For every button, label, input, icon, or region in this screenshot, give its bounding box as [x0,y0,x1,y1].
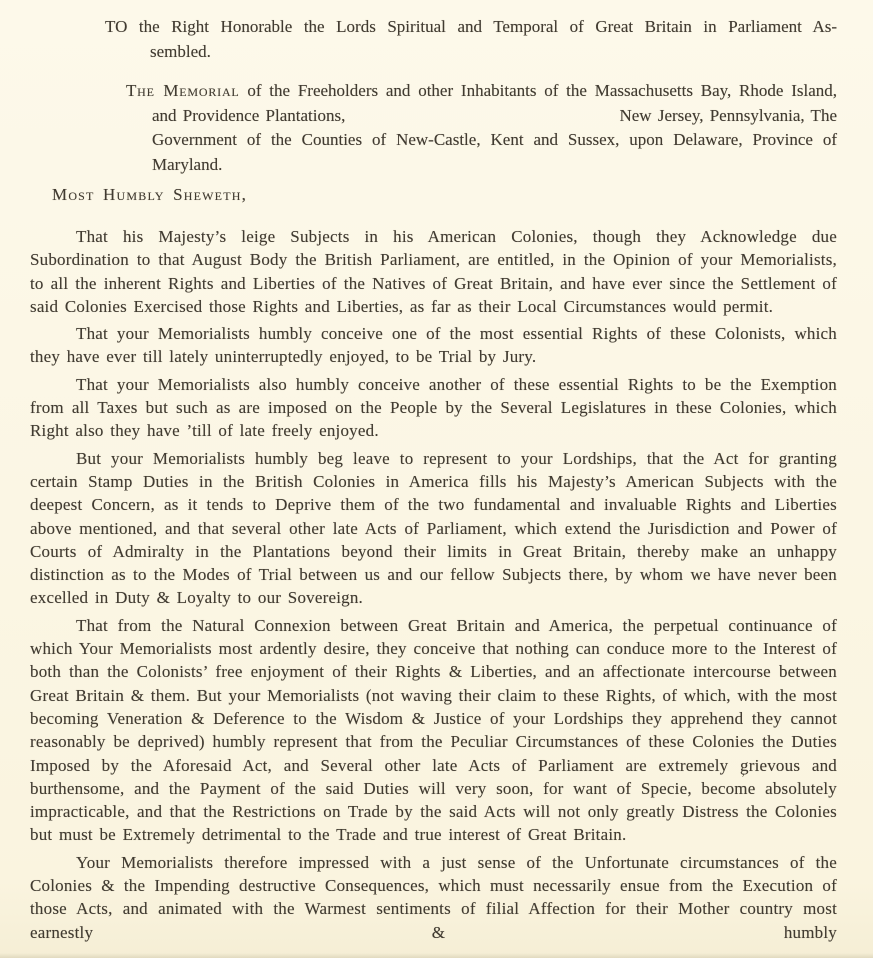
paragraph-natural-connexion: That from the Natural Connexion between … [30,614,837,847]
memorial-heading: The Memorial of the Freeholders and othe… [152,79,837,177]
salutation-line-2: sembled. [150,39,837,64]
memorial-line-4: Maryland. [152,153,837,178]
document-content: TO the Right Honorable the Lords Spiritu… [0,0,873,944]
ink-speck-artifact: ’ [741,770,745,786]
paragraph-trial-by-jury: That your Memorialists humbly conceive o… [30,322,837,369]
memorial-line-1: The Memorial of the Freeholders and othe… [152,79,837,104]
paragraph-stamp-duties: But your Memorialists humbly beg leave t… [30,447,837,610]
paragraph-tax-exemption: That your Memorialists also humbly conce… [30,373,837,443]
memorial-body: That his Majesty’s leige Subjects in his… [30,225,837,944]
memorial-line-2-left: and Providence Plantations, [152,104,345,129]
sheweth-line: Most Humbly Sheweth, [52,183,837,207]
scanned-document-page: TO the Right Honorable the Lords Spiritu… [0,0,873,958]
paragraph-conclusion: Your Memorialists therefore impressed wi… [30,851,837,944]
paragraph-subordination: That his Majesty’s leige Subjects in his… [30,225,837,318]
memorial-title: The Memorial [126,81,240,100]
salutation-line-1: TO the Right Honorable the Lords Spiritu… [150,14,837,39]
memorial-line-1-rest: of the Freeholders and other Inhabitants… [247,81,837,100]
memorial-line-2: and Providence Plantations, New Jersey, … [152,104,837,129]
memorial-line-3: Government of the Counties of New-Castle… [152,128,837,153]
salutation-heading: TO the Right Honorable the Lords Spiritu… [150,14,837,64]
scan-bottom-edge-shadow [0,953,873,958]
memorial-line-2-right: New Jersey, Pennsylvania, The [619,104,837,129]
